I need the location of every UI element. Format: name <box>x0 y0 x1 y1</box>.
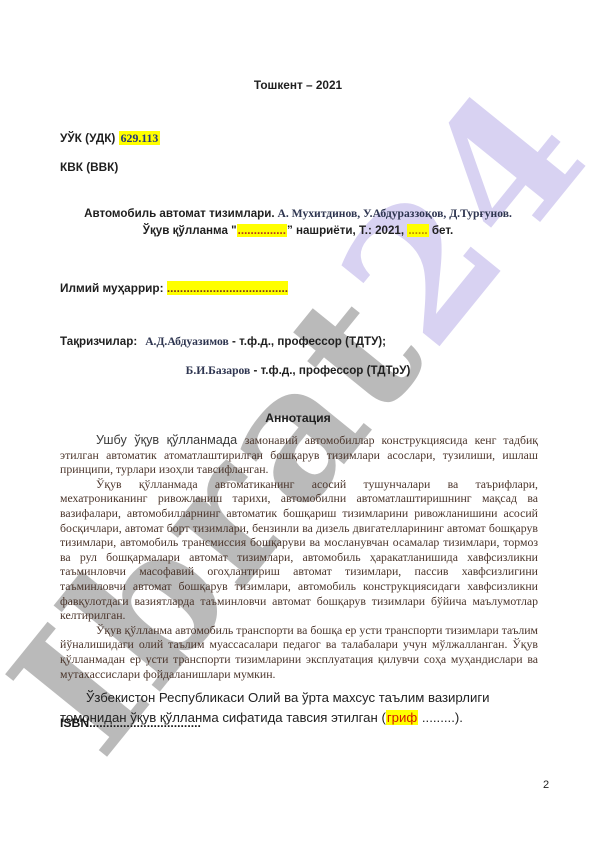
document-page: Тошкент – 2021 УЎК (УДК) 629.113 КВК (ВВ… <box>0 0 596 842</box>
city-year: Тошкент – 2021 <box>0 78 596 92</box>
book-authors: А. Мухитдинов, У.Абдураззоқов, Д.Турғуно… <box>275 207 512 220</box>
page-number: 2 <box>543 779 549 791</box>
reviewers-line-1: Тақризчилар:А.Д.Абдуазимов - т.ф.д., про… <box>60 335 386 348</box>
isbn-dots: ................................. <box>89 716 201 730</box>
publisher-dots: ............... <box>237 224 287 237</box>
pub-prefix: Ўқув қўлланма " <box>143 224 237 237</box>
reviewer-1-info: - т.ф.д., профессор (ТДТУ); <box>229 335 386 348</box>
pages-dots: ...... <box>407 224 428 237</box>
pub-suffix: бет. <box>429 224 454 237</box>
title-block: Автомобиль автомат тизимлари. А. Мухитди… <box>58 206 538 239</box>
book-title: Автомобиль автомат тизимлари. <box>84 207 274 220</box>
grif-highlight: гриф <box>386 710 418 725</box>
annotation-lead: Ушбу ўқув қўлланмада <box>96 433 245 447</box>
reviewer-2-info: - т.ф.д., профессор (ТДТрУ) <box>250 364 410 377</box>
recommendation-line-1: Ўзбекистон Республикаси Олий ва ўрта мах… <box>86 690 490 705</box>
isbn-line: ISBN................................. <box>60 716 201 730</box>
reviewers-line-2: Б.И.Базаров - т.ф.д., профессор (ТДТрУ) <box>0 364 596 377</box>
reviewer-2-name: Б.И.Базаров <box>186 364 251 377</box>
editor-dots: ..................................... <box>167 281 288 295</box>
pub-middle: ” нашриёти, Т.: 2021, <box>287 224 407 237</box>
udk-label: УЎК (УДК) <box>60 131 115 145</box>
isbn-label: ISBN <box>60 716 89 730</box>
editor-label: Илмий муҳаррир: <box>60 281 167 295</box>
reviewer-1-name: А.Д.Абдуазимов <box>145 335 229 348</box>
annotation-paragraph-3: Ўқув қўлланма автомобиль транспорти ва б… <box>60 623 538 681</box>
annotation-paragraph-2: Ўқув қўлланмада автоматиканинг асосий ту… <box>60 477 538 623</box>
annotation-paragraph-1: Ушбу ўқув қўлланмада замонавий автомобил… <box>60 433 538 477</box>
reviewers-label: Тақризчилар: <box>60 335 137 348</box>
annotation-heading: Аннотация <box>0 411 596 425</box>
udk-line: УЎК (УДК) 629.113 <box>60 131 160 146</box>
annotation-body: Ушбу ўқув қўлланмада замонавий автомобил… <box>60 433 538 727</box>
editor-line: Илмий муҳаррир: ........................… <box>60 281 288 295</box>
udk-value: 629.113 <box>119 131 161 145</box>
recommendation-line-2-end: .........). <box>418 710 463 725</box>
bbk-label: КВК (ВВК) <box>60 160 118 174</box>
